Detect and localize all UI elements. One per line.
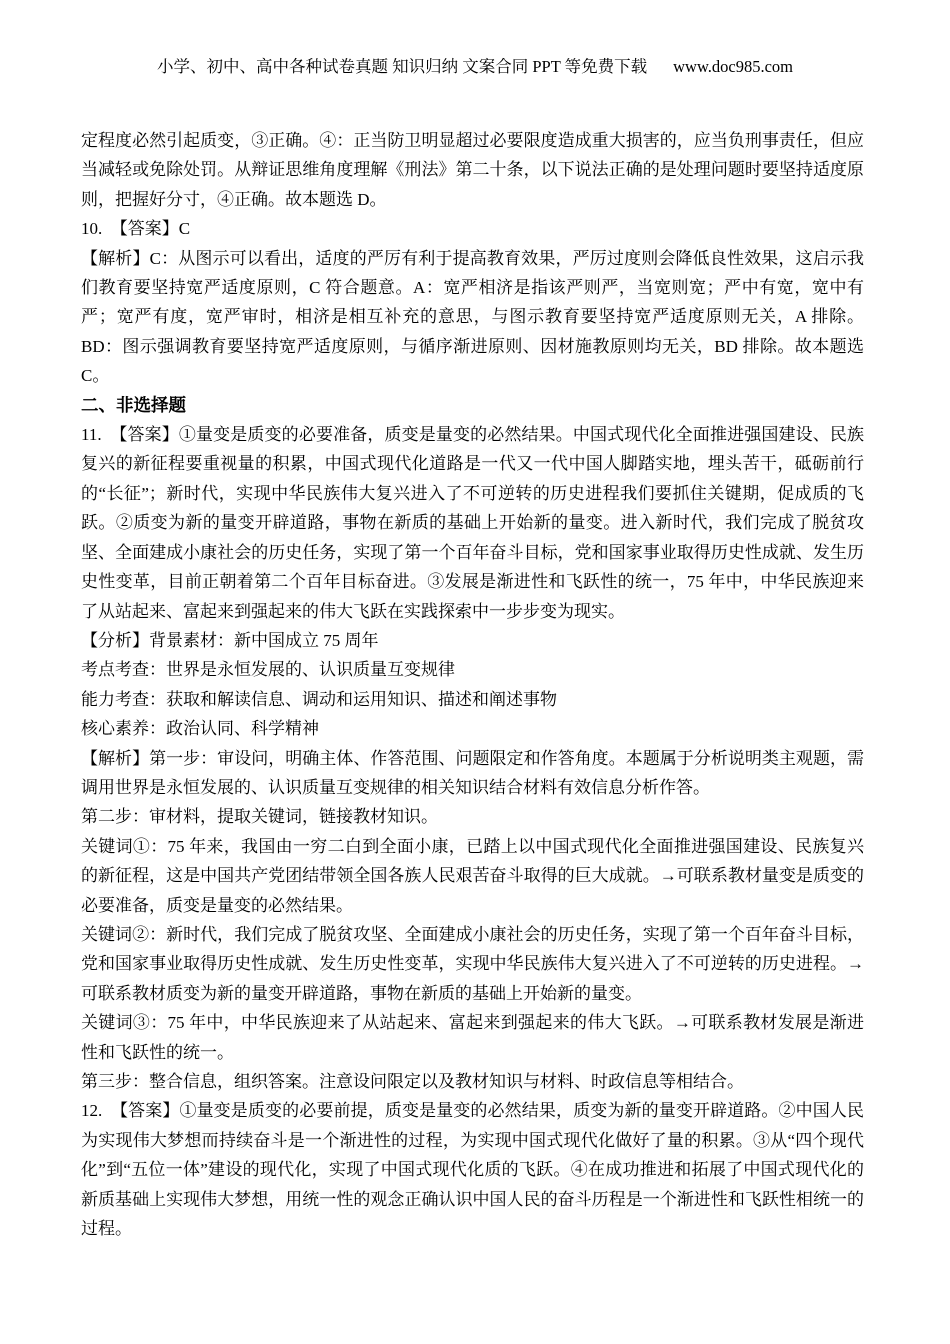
body-paragraph: 关键词①：75 年来，我国由一穷二白到全面小康，已踏上以中国式现代化全面推进强国… xyxy=(81,832,864,920)
section-heading: 二、非选择题 xyxy=(81,391,864,420)
document-content: 定程度必然引起质变，③正确。④：正当防卫明显超过必要限度造成重大损害的，应当负刑… xyxy=(81,126,864,1243)
page-header: 小学、初中、高中各种试卷真题 知识归纳 文案合同 PPT 等免费下载www.do… xyxy=(0,56,950,78)
body-paragraph: 11. 【答案】①量变是质变的必要准备，质变是量变的必然结果。中国式现代化全面推… xyxy=(81,420,864,626)
body-paragraph: 10. 【答案】C xyxy=(81,214,864,243)
body-paragraph: 12. 【答案】①量变是质变的必要前提，质变是量变的必然结果，质变为新的量变开辟… xyxy=(81,1096,864,1243)
body-paragraph: 核心素养：政治认同、科学精神 xyxy=(81,714,864,743)
body-paragraph: 第三步：整合信息，组织答案。注意设问限定以及教材知识与材料、时政信息等相结合。 xyxy=(81,1067,864,1096)
body-paragraph: 定程度必然引起质变，③正确。④：正当防卫明显超过必要限度造成重大损害的，应当负刑… xyxy=(81,126,864,214)
body-paragraph: 第二步：审材料，提取关键词，链接教材知识。 xyxy=(81,802,864,831)
body-paragraph: 能力考查：获取和解读信息、调动和运用知识、描述和阐述事物 xyxy=(81,685,864,714)
body-paragraph: 【解析】第一步：审设问，明确主体、作答范围、问题限定和作答角度。本题属于分析说明… xyxy=(81,744,864,803)
body-paragraph: 【分析】背景素材：新中国成立 75 周年 xyxy=(81,626,864,655)
header-site-url: www.doc985.com xyxy=(673,57,793,76)
body-paragraph: 关键词②：新时代，我们完成了脱贫攻坚、全面建成小康社会的历史任务，实现了第一个百… xyxy=(81,920,864,1008)
header-watermark-text: 小学、初中、高中各种试卷真题 知识归纳 文案合同 PPT 等免费下载 xyxy=(157,57,647,76)
body-paragraph: 【解析】C：从图示可以看出，适度的严厉有利于提高教育效果，严厉过度则会降低良性效… xyxy=(81,244,864,391)
body-paragraph: 关键词③：75 年中，中华民族迎来了从站起来、富起来到强起来的伟大飞跃。→可联系… xyxy=(81,1008,864,1067)
document-page: 小学、初中、高中各种试卷真题 知识归纳 文案合同 PPT 等免费下载www.do… xyxy=(0,0,950,1344)
body-paragraph: 考点考查：世界是永恒发展的、认识质量互变规律 xyxy=(81,655,864,684)
